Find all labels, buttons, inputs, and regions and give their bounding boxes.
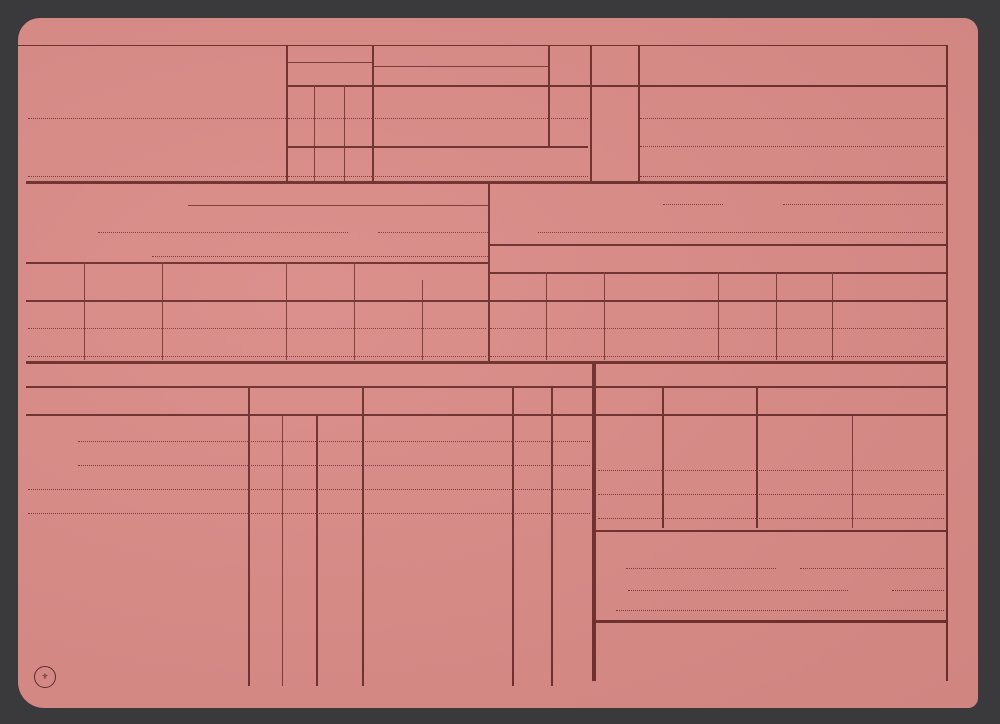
registration-card: ⚜ [18,18,978,708]
publisher-logo-icon: ⚜ [34,666,56,688]
